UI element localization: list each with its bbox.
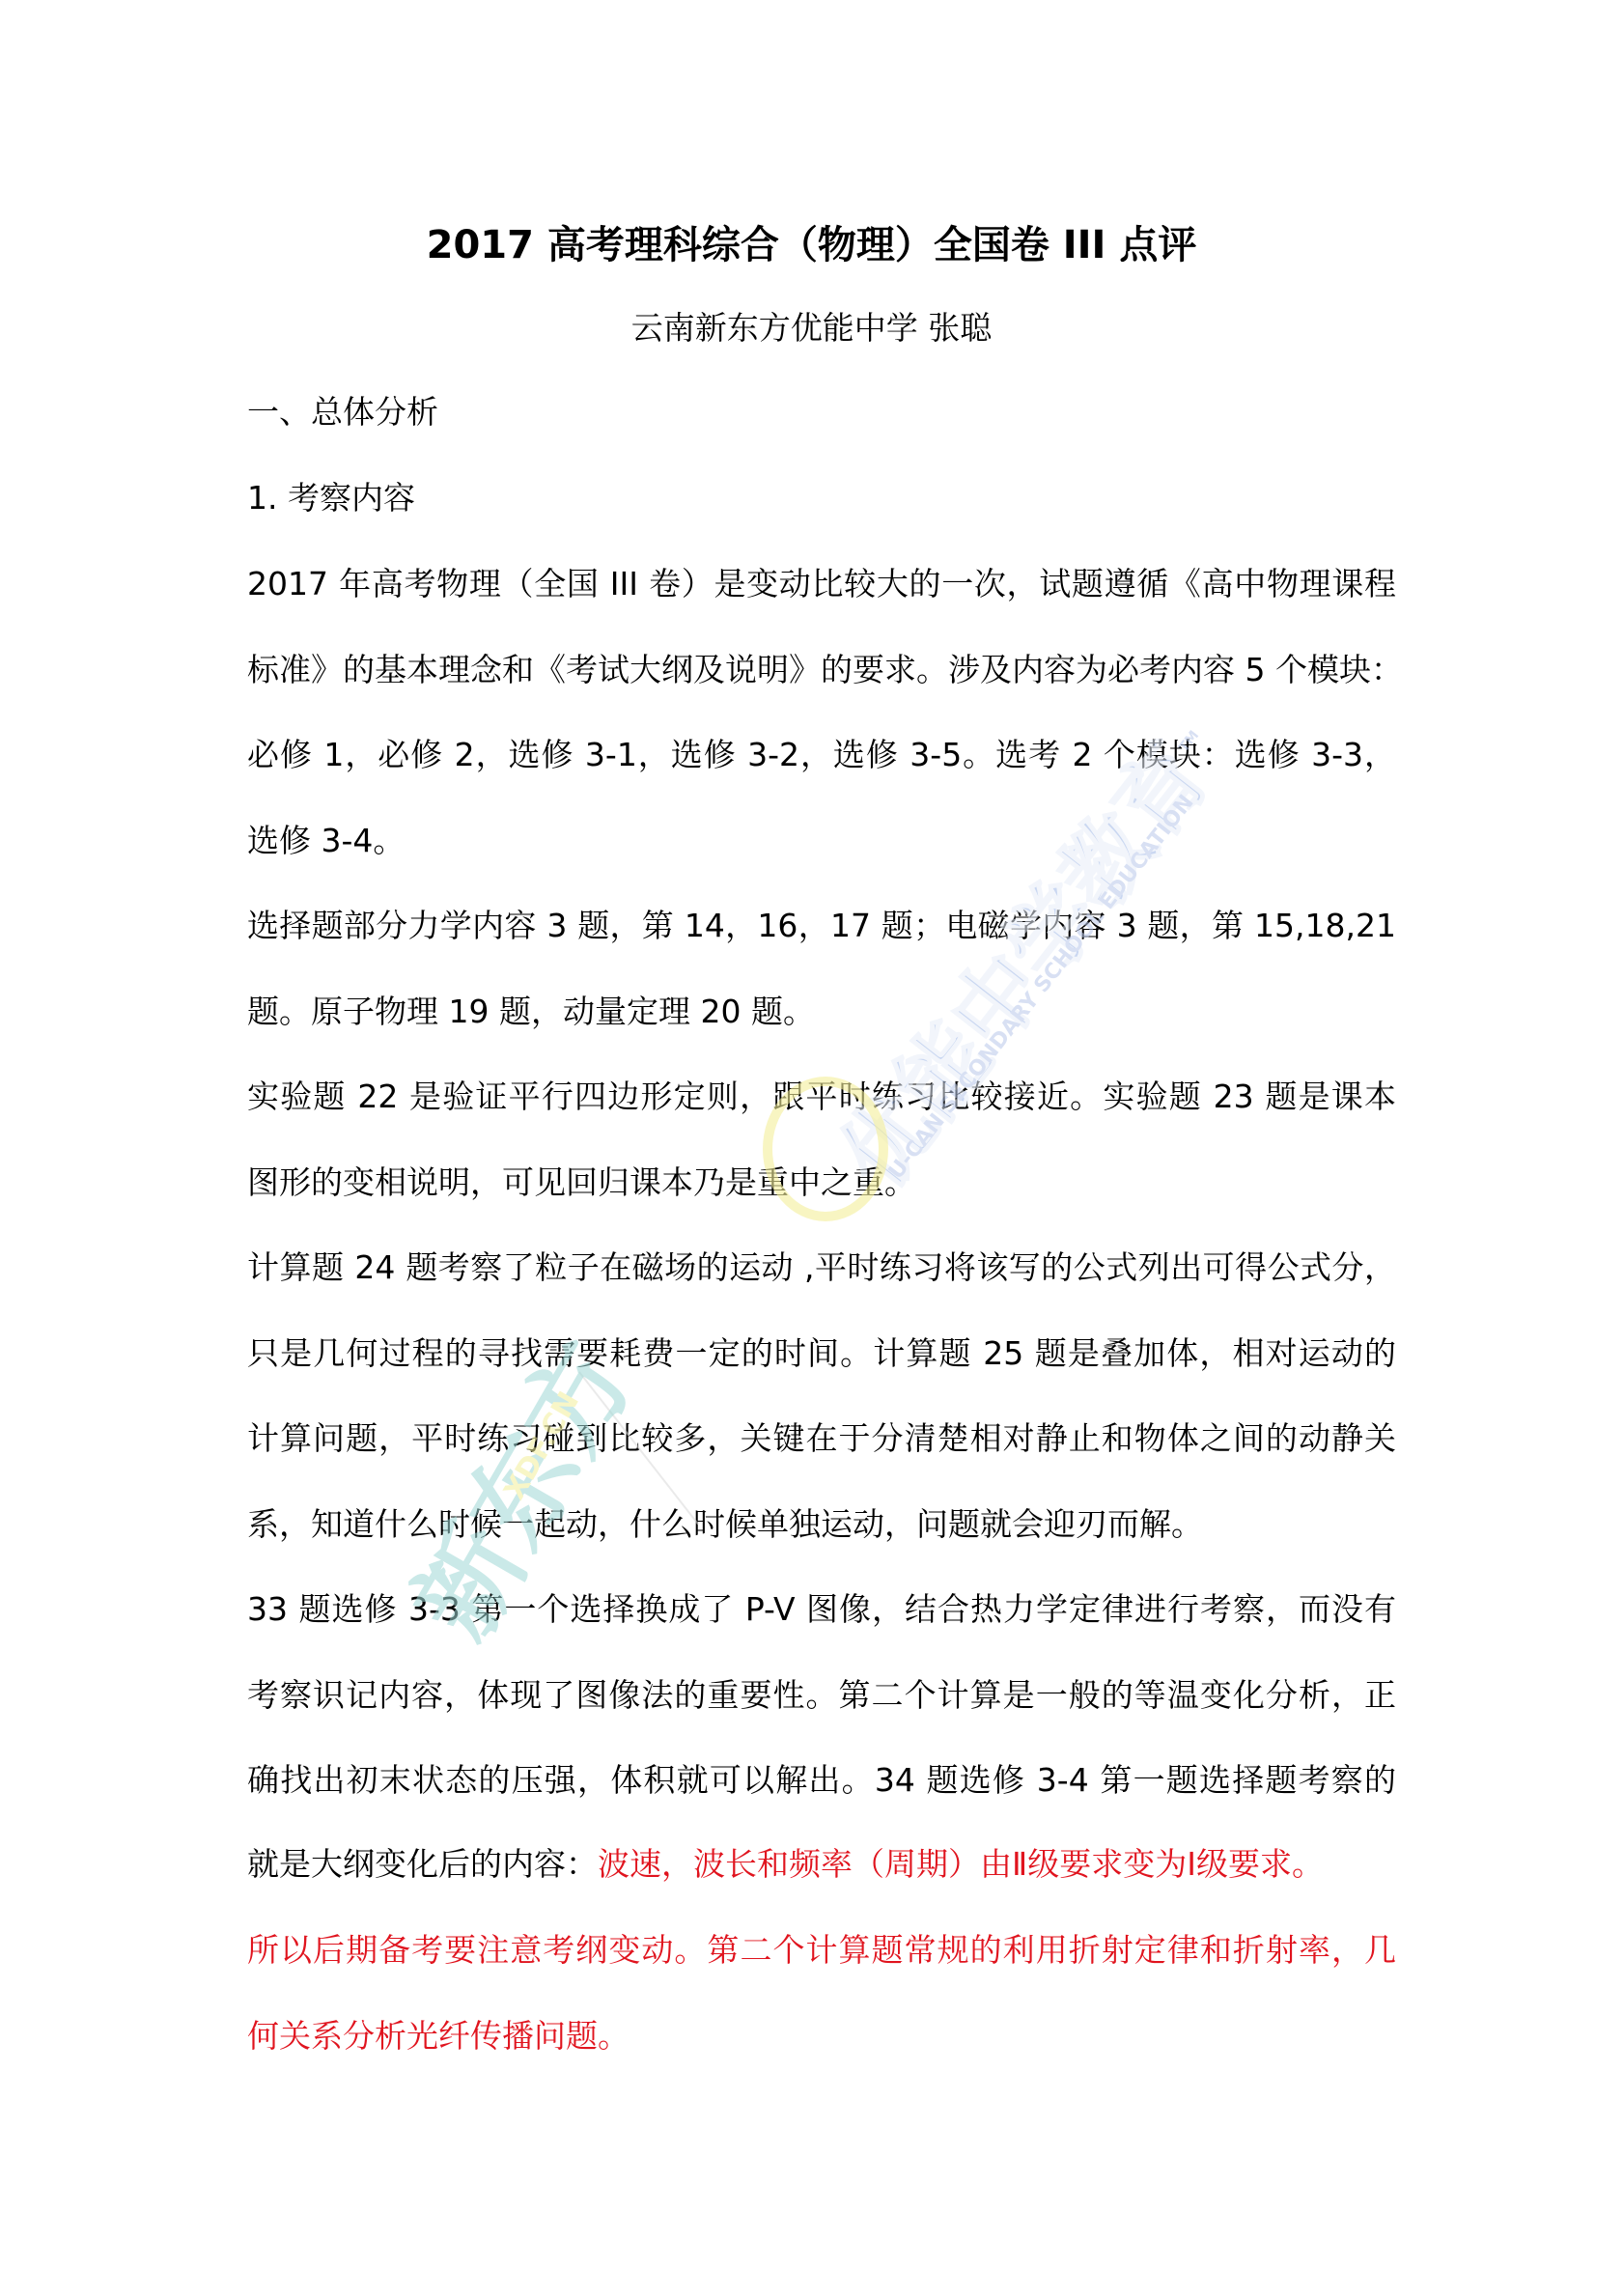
paragraph-line: 实验题 22 是验证平行四边形定则，跟平时练习比较接近。实验题 23 题是课本	[247, 1076, 1396, 1118]
paragraph-line: 2017 年高考物理（全国 III 卷）是变动比较大的一次，试题遵循《高中物理课…	[247, 563, 1396, 605]
ucan-brand-text: 优能中学教育	[805, 713, 1234, 1211]
paragraph-line: 题。原子物理 19 题，动量定理 20 题。	[247, 991, 1396, 1033]
line-text-red: 波速，波长和频率（周期）由Ⅱ级要求变为Ⅰ级要求。	[598, 1845, 1324, 1883]
author-line: 云南新东方优能中学 张聪	[0, 303, 1623, 349]
paragraph-line: 标准》的基本理念和《考试大纲及说明》的要求。涉及内容为必考内容 5 个模块：	[247, 649, 1396, 691]
document-title: 2017 高考理科综合（物理）全国卷 III 点评	[0, 214, 1623, 269]
paragraph-line: 33 题选修 3-3 第一个选择换成了 P-V 图像，结合热力学定律进行考察，而…	[247, 1588, 1396, 1631]
paragraph-line: 计算题 24 题考察了粒子在磁场的运动 ,平时练习将该写的公式列出可得公式分，	[247, 1246, 1396, 1289]
paragraph-line: 图形的变相说明，可见回归课本乃是重中之重。	[247, 1162, 1396, 1204]
paragraph-line: 选修 3-4。	[247, 820, 1396, 862]
paragraph-line: 确找出初末状态的压强，体积就可以解出。34 题选修 3-4 第一题选择题考察的	[247, 1759, 1396, 1802]
highlighted-line: 就是大纲变化后的内容：波速，波长和频率（周期）由Ⅱ级要求变为Ⅰ级要求。	[247, 1843, 1396, 1886]
paragraph-line: 系，知道什么时候一起动，什么时候单独运动，问题就会迎刃而解。	[247, 1503, 1396, 1546]
section-heading: 一、总体分析	[247, 391, 1396, 434]
paragraph-line: 计算问题，平时练习碰到比较多，关键在于分清楚相对静止和物体之间的动静关	[247, 1417, 1396, 1460]
paragraph-line: 必修 1，必修 2，选修 3-1，选修 3-2，选修 3-5。选考 2 个模块：…	[247, 734, 1396, 776]
paragraph-line: 考察识记内容，体现了图像法的重要性。第二个计算是一般的等温变化分析，正	[247, 1674, 1396, 1717]
line-text-black: 就是大纲变化后的内容：	[247, 1845, 598, 1883]
paragraph-line: 只是几何过程的寻找需要耗费一定的时间。计算题 25 题是叠加体，相对运动的	[247, 1332, 1396, 1375]
document-page: 2017 高考理科综合（物理）全国卷 III 点评 云南新东方优能中学 张聪 一…	[0, 0, 1623, 2296]
highlighted-paragraph-line: 何关系分析光纤传播问题。	[247, 2015, 1396, 2058]
highlighted-paragraph-line: 所以后期备考要注意考纲变动。第二个计算题常规的利用折射定律和折射率，几	[247, 1929, 1396, 1972]
paragraph-line: 选择题部分力学内容 3 题，第 14，16，17 题；电磁学内容 3 题，第 1…	[247, 905, 1396, 947]
subsection-heading: 1. 考察内容	[247, 477, 1396, 519]
